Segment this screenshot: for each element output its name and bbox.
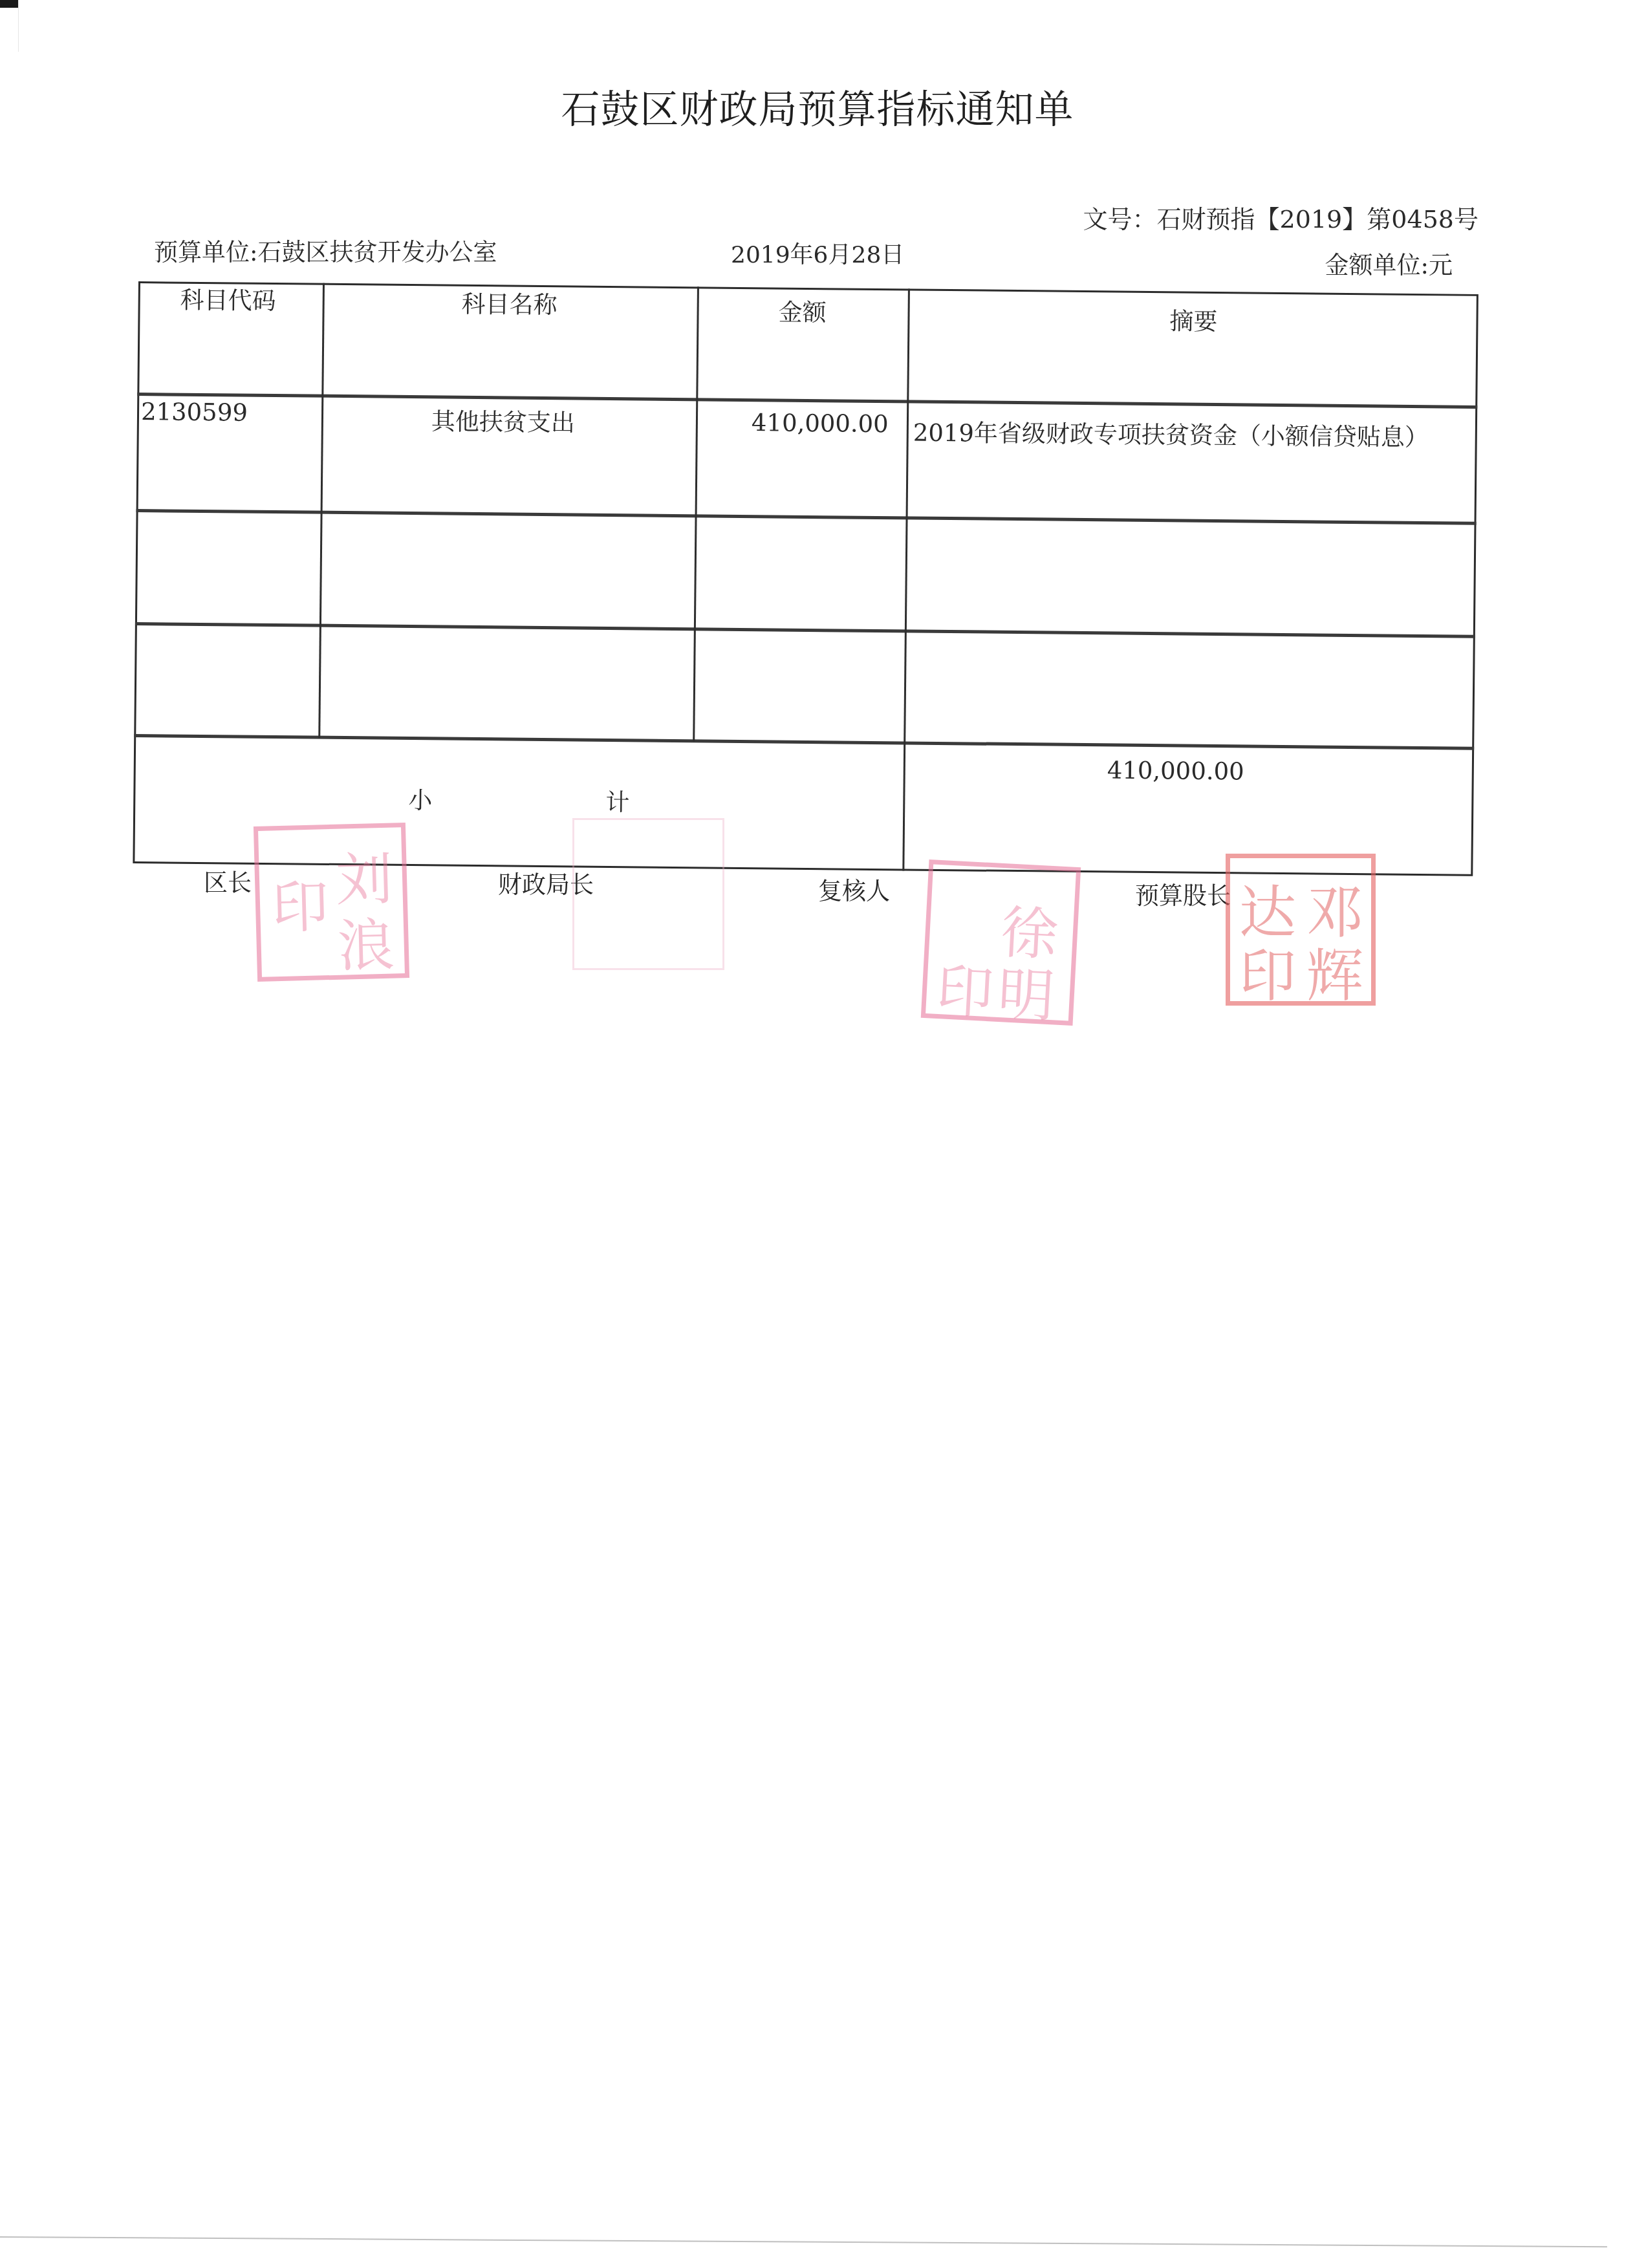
scan-bottom-edge <box>0 2236 1607 2247</box>
row-summary: 2019年省级财政专项扶贫资金（小额信贷贴息） <box>913 413 1429 453</box>
subtotal-amount: 410,000.00 <box>1107 756 1244 785</box>
signature-budget-section-head: 预算股长 <box>1135 876 1231 911</box>
seal-stamp-district-head: 刘 浪 印 <box>254 823 409 982</box>
seal-char: 印 <box>935 945 995 1030</box>
document-title: 石鼓区财政局预算指标通知单 <box>0 79 1635 135</box>
row-code: 2130599 <box>141 398 248 427</box>
signature-reviewer: 复核人 <box>818 872 890 907</box>
subtotal-label-1: 小 <box>408 781 433 815</box>
document-date: 2019年6月28日 <box>731 237 904 270</box>
header-summary: 摘要 <box>1169 301 1218 337</box>
seal-stamp-reviewer: 徐 明 印 <box>921 859 1081 1026</box>
header-name: 科目名称 <box>461 285 558 320</box>
seal-stamp-budget-section-head: 邓 辉 达 印 <box>1226 854 1376 1006</box>
row-amount: 410,000.00 <box>752 409 889 438</box>
seal-char: 明 <box>996 949 1057 1033</box>
table-border <box>133 281 1478 876</box>
document-number: 文号：石财预指【2019】第0458号 <box>1083 199 1478 235</box>
amount-unit: 金额单位:元 <box>1325 246 1453 281</box>
header-amount: 金额 <box>778 293 827 329</box>
row-name: 其他扶贫支出 <box>431 402 576 438</box>
budget-table: 科目代码 科目名称 金额 摘要 2130599 其他扶贫支出 410,000.0… <box>133 281 1478 876</box>
seal-char: 印 <box>270 861 329 944</box>
subtotal-label-2: 计 <box>605 783 630 817</box>
header-code: 科目代码 <box>180 281 276 316</box>
seal-char: 浪 <box>336 900 395 983</box>
seal-stamp-finance-director <box>572 818 724 970</box>
signature-district-head: 区长 <box>204 863 252 898</box>
scan-edge <box>18 0 19 52</box>
seal-char: 辉 <box>1306 931 1363 1012</box>
seal-char: 印 <box>1239 931 1296 1012</box>
budget-unit: 预算单位:石鼓区扶贫开发办公室 <box>154 233 497 268</box>
scan-corner-mark <box>0 0 18 8</box>
